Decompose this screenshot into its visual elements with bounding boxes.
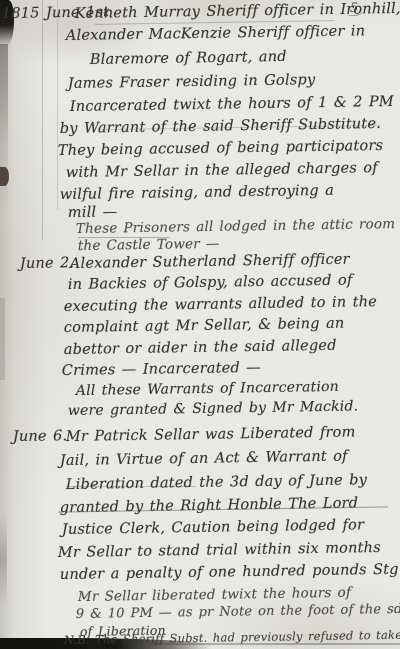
fold-crease-line	[42, 0, 43, 240]
manuscript-line-text: Mr Sellar liberated twixt the hours of	[78, 585, 352, 605]
manuscript-line-text: by Warrant of the said Sheriff Substitut…	[60, 116, 381, 137]
manuscript-line-text: Incarcerated twixt the hours of 1 & 2 PM…	[70, 94, 400, 115]
entry-date-label: June 6.	[13, 428, 68, 445]
manuscript-line-text: Blaremore of Rogart, and	[90, 49, 287, 68]
manuscript-line-text: granted by the Right Honble The Lord	[60, 495, 359, 516]
left-edge-smudge	[0, 44, 8, 214]
manuscript-line: Incarcerated twixt the hours of 1 & 2 PM…	[0, 99, 400, 100]
manuscript-line-text: Kenneth Murray Sheriff officer in Ironhi…	[75, 1, 400, 22]
manuscript-line: Blaremore of Rogart, and	[0, 52, 400, 53]
manuscript-line-text: complaint agt Mr Sellar, & being an	[64, 316, 345, 336]
manuscript-line: the Castle Tower —	[0, 238, 400, 239]
manuscript-line: with Mr Sellar in the alleged charges of	[0, 165, 400, 166]
manuscript-line: They being accused of being participator…	[0, 143, 400, 144]
manuscript-line: mill —	[0, 205, 400, 206]
manuscript-line: James Fraser residing in Golspy	[0, 76, 400, 77]
manuscript-line: Alexander MacKenzie Sheriff officer in	[0, 28, 400, 29]
manuscript-line: Crimes — Incarcerated —	[0, 363, 400, 364]
manuscript-line-text: 9 & 10 PM — as pr Note on the foot of th…	[76, 601, 400, 622]
manuscript-line: wilful fire raising, and destroying a	[0, 187, 400, 188]
left-edge-smudge	[0, 298, 5, 380]
manuscript-line: Jail, in Virtue of an Act & Warrant of	[0, 453, 400, 454]
manuscript-line-text: the Castle Tower —	[78, 236, 220, 254]
manuscript-line-text: These Prisoners all lodged in the attic …	[76, 216, 400, 237]
manuscript-line: granted by the Right Honble The Lord	[0, 500, 400, 501]
manuscript-line-text: Alexander Sutherland Sheriff officer	[70, 252, 350, 272]
manuscript-line-text: James Fraser residing in Golspy	[68, 72, 316, 92]
manuscript-line: executing the warrants alluded to in the	[0, 299, 400, 300]
manuscript-line-text: Crimes — Incarcerated —	[62, 360, 261, 379]
manuscript-line-text: in Backies of Golspy, also accused of	[68, 273, 353, 293]
manuscript-line: were granted & Signed by Mr Mackid.	[0, 403, 400, 404]
manuscript-line-text: Liberation dated the 3d day of June by	[66, 472, 367, 493]
manuscript-line-text: with Mr Sellar in the alleged charges of	[66, 160, 378, 181]
manuscript-page: 5 1815 June 1stKenneth Murray Sheriff of…	[0, 0, 400, 649]
manuscript-line: by Warrant of the said Sheriff Substitut…	[0, 121, 400, 122]
manuscript-line: N.B. The Sheriff Subst. had previously r…	[0, 633, 400, 634]
manuscript-line: June 6.Mr Patrick Sellar was Liberated f…	[0, 429, 400, 430]
fold-crease-line	[57, 0, 58, 210]
manuscript-line: in Backies of Golspy, also accused of	[0, 277, 400, 278]
manuscript-line-text: mill —	[68, 204, 118, 221]
manuscript-line-text: They being accused of being participator…	[58, 138, 384, 159]
manuscript-line-text: Justice Clerk, Caution being lodged for	[62, 517, 365, 538]
manuscript-line-text: under a penalty of one hundred pounds St…	[60, 562, 399, 583]
manuscript-line: Mr Sellar liberated twixt the hours of	[0, 589, 400, 590]
manuscript-line-text: abettor or aider in the said alleged	[64, 338, 337, 358]
manuscript-line: Liberation dated the 3d day of June by	[0, 477, 400, 478]
manuscript-line: Mr Sellar to stand trial within six mont…	[0, 545, 400, 546]
entry-date-label: June 2.	[20, 255, 75, 272]
manuscript-line-text: Jail, in Virtue of an Act & Warrant of	[60, 448, 348, 469]
left-edge-mark	[0, 167, 9, 186]
manuscript-line: All these Warrants of Incarceration	[0, 383, 400, 384]
manuscript-line: June 2.Alexander Sutherland Sheriff offi…	[0, 256, 400, 257]
manuscript-line-text: were granted & Signed by Mr Mackid.	[68, 398, 359, 419]
manuscript-line-text: wilful fire raising, and destroying a	[60, 183, 334, 203]
manuscript-line-text: Mr Sellar to stand trial within six mont…	[58, 540, 381, 561]
manuscript-line-text: Alexander MacKenzie Sheriff officer in	[66, 23, 366, 44]
left-edge-smudge	[0, 512, 7, 607]
manuscript-line: Justice Clerk, Caution being lodged for	[0, 522, 400, 523]
manuscript-line: of Liberation	[0, 624, 400, 625]
manuscript-line-text: All these Warrants of Incarceration	[76, 379, 339, 399]
manuscript-line-text: executing the warrants alluded to in the	[64, 294, 377, 315]
manuscript-line-text: Mr Patrick Sellar was Liberated from	[66, 424, 356, 445]
manuscript-line: 9 & 10 PM — as pr Note on the foot of th…	[0, 607, 400, 608]
manuscript-line: 1815 June 1stKenneth Murray Sheriff offi…	[0, 6, 400, 7]
manuscript-line: complaint agt Mr Sellar, & being an	[0, 320, 400, 321]
manuscript-line: These Prisoners all lodged in the attic …	[0, 221, 400, 222]
manuscript-line: under a penalty of one hundred pounds St…	[0, 567, 400, 568]
manuscript-line: abettor or aider in the said alleged	[0, 342, 400, 343]
